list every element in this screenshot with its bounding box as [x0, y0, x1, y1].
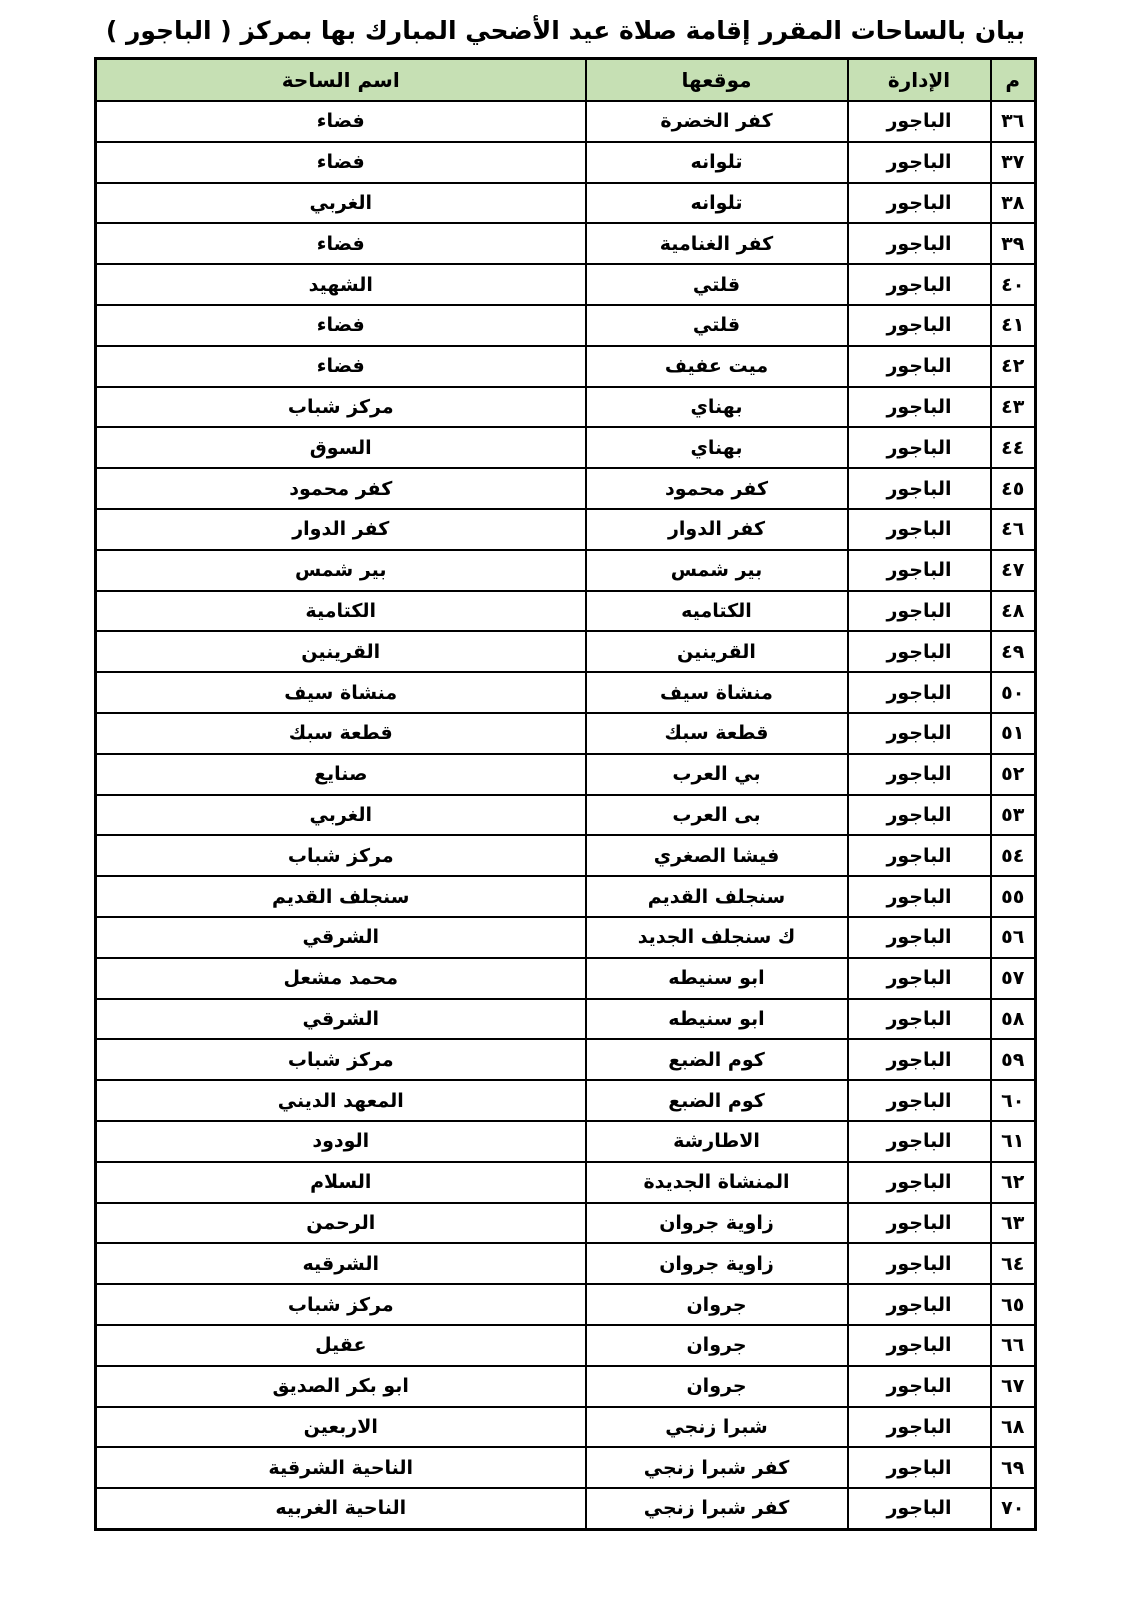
name-cell: الناحية الغربيه: [96, 1488, 586, 1529]
admin-cell: الباجور: [848, 1447, 991, 1488]
name-cell: القرينين: [96, 631, 586, 672]
name-cell: عقيل: [96, 1325, 586, 1366]
serial-cell: ٥٦: [991, 917, 1036, 958]
location-cell: بي العرب: [586, 754, 848, 795]
name-cell: بير شمس: [96, 550, 586, 591]
serial-cell: ٦٨: [991, 1407, 1036, 1448]
table-row: ٣٩الباجوركفر الغناميةفضاء: [96, 223, 1036, 264]
admin-cell: الباجور: [848, 631, 991, 672]
location-cell: ابو سنيطه: [586, 999, 848, 1040]
serial-cell: ٥١: [991, 713, 1036, 754]
location-cell: تلوانه: [586, 183, 848, 224]
serial-cell: ٤٣: [991, 387, 1036, 428]
location-cell: سنجلف القديم: [586, 876, 848, 917]
name-cell: الودود: [96, 1121, 586, 1162]
table-row: ٥٧الباجورابو سنيطهمحمد مشعل: [96, 958, 1036, 999]
table-row: ٤٧الباجوربير شمسبير شمس: [96, 550, 1036, 591]
header-serial: م: [991, 59, 1036, 102]
table-row: ٤٠الباجورقلتيالشهيد: [96, 264, 1036, 305]
header-location: موقعها: [586, 59, 848, 102]
serial-cell: ٤٤: [991, 427, 1036, 468]
table-row: ٥٣الباجوربى العربالغربي: [96, 795, 1036, 836]
location-cell: كفر الخضرة: [586, 101, 848, 142]
admin-cell: الباجور: [848, 305, 991, 346]
name-cell: فضاء: [96, 101, 586, 142]
table-row: ٦٢الباجورالمنشاة الجديدةالسلام: [96, 1162, 1036, 1203]
admin-cell: الباجور: [848, 346, 991, 387]
name-cell: الكتامية: [96, 591, 586, 632]
table-row: ٦٣الباجورزاوية جروانالرحمن: [96, 1203, 1036, 1244]
serial-cell: ٤٦: [991, 509, 1036, 550]
name-cell: كفر الدوار: [96, 509, 586, 550]
admin-cell: الباجور: [848, 591, 991, 632]
serial-cell: ٦٧: [991, 1366, 1036, 1407]
admin-cell: الباجور: [848, 387, 991, 428]
serial-cell: ٥٩: [991, 1039, 1036, 1080]
location-cell: كفر شبرا زنجي: [586, 1447, 848, 1488]
location-cell: بهناي: [586, 427, 848, 468]
table-row: ٤٥الباجوركفر محمودكفر محمود: [96, 468, 1036, 509]
serial-cell: ٣٦: [991, 101, 1036, 142]
location-cell: بير شمس: [586, 550, 848, 591]
admin-cell: الباجور: [848, 427, 991, 468]
admin-cell: الباجور: [848, 1488, 991, 1529]
serial-cell: ٤٩: [991, 631, 1036, 672]
serial-cell: ٧٠: [991, 1488, 1036, 1529]
location-cell: جروان: [586, 1366, 848, 1407]
location-cell: قلتي: [586, 264, 848, 305]
table-row: ٤٩الباجورالقرينينالقرينين: [96, 631, 1036, 672]
name-cell: الاربعين: [96, 1407, 586, 1448]
table-header: م الإدارة موقعها اسم الساحة: [96, 59, 1036, 102]
table-row: ٤٦الباجوركفر الدواركفر الدوار: [96, 509, 1036, 550]
admin-cell: الباجور: [848, 672, 991, 713]
location-cell: جروان: [586, 1284, 848, 1325]
serial-cell: ٤٥: [991, 468, 1036, 509]
location-cell: زاوية جروان: [586, 1243, 848, 1284]
serial-cell: ٦١: [991, 1121, 1036, 1162]
table-row: ٦٦الباجورجروانعقيل: [96, 1325, 1036, 1366]
admin-cell: الباجور: [848, 142, 991, 183]
serial-cell: ٦٥: [991, 1284, 1036, 1325]
table-row: ٥٨الباجورابو سنيطهالشرقي: [96, 999, 1036, 1040]
admin-cell: الباجور: [848, 1121, 991, 1162]
location-cell: فيشا الصغري: [586, 835, 848, 876]
name-cell: السوق: [96, 427, 586, 468]
admin-cell: الباجور: [848, 101, 991, 142]
serial-cell: ٥٧: [991, 958, 1036, 999]
name-cell: الغربي: [96, 795, 586, 836]
location-cell: جروان: [586, 1325, 848, 1366]
name-cell: فضاء: [96, 346, 586, 387]
location-cell: ميت عفيف: [586, 346, 848, 387]
table-row: ٥٥الباجورسنجلف القديمسنجلف القديم: [96, 876, 1036, 917]
name-cell: صنايع: [96, 754, 586, 795]
name-cell: مركز شباب: [96, 1284, 586, 1325]
admin-cell: الباجور: [848, 958, 991, 999]
name-cell: الشهيد: [96, 264, 586, 305]
table-body: ٣٦الباجوركفر الخضرةفضاء٣٧الباجورتلوانهفض…: [96, 101, 1036, 1529]
location-cell: بى العرب: [586, 795, 848, 836]
admin-cell: الباجور: [848, 550, 991, 591]
serial-cell: ٥٣: [991, 795, 1036, 836]
table-row: ٦٥الباجورجروانمركز شباب: [96, 1284, 1036, 1325]
table-row: ٥٤الباجورفيشا الصغريمركز شباب: [96, 835, 1036, 876]
table-row: ٤٤الباجوربهنايالسوق: [96, 427, 1036, 468]
admin-cell: الباجور: [848, 917, 991, 958]
table-row: ٦١الباجورالاطارشةالودود: [96, 1121, 1036, 1162]
admin-cell: الباجور: [848, 1407, 991, 1448]
prayer-squares-table: م الإدارة موقعها اسم الساحة ٣٦الباجوركفر…: [94, 57, 1037, 1531]
location-cell: الاطارشة: [586, 1121, 848, 1162]
serial-cell: ٥٥: [991, 876, 1036, 917]
serial-cell: ٥٨: [991, 999, 1036, 1040]
table-row: ٥٢الباجوربي العربصنايع: [96, 754, 1036, 795]
admin-cell: الباجور: [848, 509, 991, 550]
location-cell: قطعة سبك: [586, 713, 848, 754]
serial-cell: ٦٣: [991, 1203, 1036, 1244]
page-title: بيان بالساحات المقرر إقامة صلاة عيد الأض…: [0, 0, 1131, 45]
admin-cell: الباجور: [848, 223, 991, 264]
location-cell: الكتاميه: [586, 591, 848, 632]
name-cell: ابو بكر الصديق: [96, 1366, 586, 1407]
admin-cell: الباجور: [848, 876, 991, 917]
location-cell: تلوانه: [586, 142, 848, 183]
name-cell: محمد مشعل: [96, 958, 586, 999]
table-row: ٣٦الباجوركفر الخضرةفضاء: [96, 101, 1036, 142]
admin-cell: الباجور: [848, 835, 991, 876]
name-cell: قطعة سبك: [96, 713, 586, 754]
table-row: ٤١الباجورقلتيفضاء: [96, 305, 1036, 346]
admin-cell: الباجور: [848, 183, 991, 224]
table-row: ٥٩الباجوركوم الضبعمركز شباب: [96, 1039, 1036, 1080]
table-row: ٦٠الباجوركوم الضبعالمعهد الديني: [96, 1080, 1036, 1121]
serial-cell: ٦٦: [991, 1325, 1036, 1366]
table-row: ٣٧الباجورتلوانهفضاء: [96, 142, 1036, 183]
location-cell: كفر محمود: [586, 468, 848, 509]
serial-cell: ٤٢: [991, 346, 1036, 387]
table-row: ٣٨الباجورتلوانهالغربي: [96, 183, 1036, 224]
admin-cell: الباجور: [848, 468, 991, 509]
name-cell: فضاء: [96, 305, 586, 346]
serial-cell: ٤١: [991, 305, 1036, 346]
name-cell: مركز شباب: [96, 1039, 586, 1080]
name-cell: الشرقي: [96, 917, 586, 958]
name-cell: الشرقيه: [96, 1243, 586, 1284]
serial-cell: ٣٩: [991, 223, 1036, 264]
admin-cell: الباجور: [848, 1162, 991, 1203]
document-page: بيان بالساحات المقرر إقامة صلاة عيد الأض…: [0, 0, 1131, 1600]
table-row: ٤٨الباجورالكتاميهالكتامية: [96, 591, 1036, 632]
name-cell: الشرقي: [96, 999, 586, 1040]
serial-cell: ٥٠: [991, 672, 1036, 713]
location-cell: منشاة سيف: [586, 672, 848, 713]
serial-cell: ٥٤: [991, 835, 1036, 876]
admin-cell: الباجور: [848, 1325, 991, 1366]
admin-cell: الباجور: [848, 713, 991, 754]
serial-cell: ٦٠: [991, 1080, 1036, 1121]
admin-cell: الباجور: [848, 1080, 991, 1121]
name-cell: المعهد الديني: [96, 1080, 586, 1121]
serial-cell: ٦٤: [991, 1243, 1036, 1284]
location-cell: كفر شبرا زنجي: [586, 1488, 848, 1529]
table-row: ٦٩الباجوركفر شبرا زنجيالناحية الشرقية: [96, 1447, 1036, 1488]
table-row: ٦٨الباجورشبرا زنجيالاربعين: [96, 1407, 1036, 1448]
location-cell: المنشاة الجديدة: [586, 1162, 848, 1203]
serial-cell: ٤٨: [991, 591, 1036, 632]
name-cell: سنجلف القديم: [96, 876, 586, 917]
location-cell: شبرا زنجي: [586, 1407, 848, 1448]
header-row: م الإدارة موقعها اسم الساحة: [96, 59, 1036, 102]
location-cell: كفر الدوار: [586, 509, 848, 550]
name-cell: فضاء: [96, 142, 586, 183]
serial-cell: ٦٢: [991, 1162, 1036, 1203]
table-row: ٥١الباجورقطعة سبكقطعة سبك: [96, 713, 1036, 754]
location-cell: القرينين: [586, 631, 848, 672]
serial-cell: ٥٢: [991, 754, 1036, 795]
serial-cell: ٤٠: [991, 264, 1036, 305]
admin-cell: الباجور: [848, 1284, 991, 1325]
header-admin: الإدارة: [848, 59, 991, 102]
serial-cell: ٣٨: [991, 183, 1036, 224]
table-row: ٦٧الباجورجروانابو بكر الصديق: [96, 1366, 1036, 1407]
location-cell: كوم الضبع: [586, 1080, 848, 1121]
admin-cell: الباجور: [848, 264, 991, 305]
location-cell: زاوية جروان: [586, 1203, 848, 1244]
admin-cell: الباجور: [848, 1039, 991, 1080]
table-row: ٤٣الباجوربهنايمركز شباب: [96, 387, 1036, 428]
location-cell: قلتي: [586, 305, 848, 346]
location-cell: كوم الضبع: [586, 1039, 848, 1080]
table-row: ٥٠الباجورمنشاة سيفمنشاة سيف: [96, 672, 1036, 713]
table-row: ٦٤الباجورزاوية جروانالشرقيه: [96, 1243, 1036, 1284]
admin-cell: الباجور: [848, 1203, 991, 1244]
name-cell: الغربي: [96, 183, 586, 224]
location-cell: ابو سنيطه: [586, 958, 848, 999]
admin-cell: الباجور: [848, 999, 991, 1040]
table-row: ٤٢الباجورميت عفيففضاء: [96, 346, 1036, 387]
name-cell: الناحية الشرقية: [96, 1447, 586, 1488]
admin-cell: الباجور: [848, 1243, 991, 1284]
table-row: ٥٦الباجورك سنجلف الجديدالشرقي: [96, 917, 1036, 958]
serial-cell: ٣٧: [991, 142, 1036, 183]
name-cell: الرحمن: [96, 1203, 586, 1244]
admin-cell: الباجور: [848, 754, 991, 795]
location-cell: بهناي: [586, 387, 848, 428]
name-cell: مركز شباب: [96, 835, 586, 876]
name-cell: فضاء: [96, 223, 586, 264]
admin-cell: الباجور: [848, 795, 991, 836]
admin-cell: الباجور: [848, 1366, 991, 1407]
location-cell: كفر الغنامية: [586, 223, 848, 264]
serial-cell: ٤٧: [991, 550, 1036, 591]
name-cell: مركز شباب: [96, 387, 586, 428]
header-name: اسم الساحة: [96, 59, 586, 102]
location-cell: ك سنجلف الجديد: [586, 917, 848, 958]
table-row: ٧٠الباجوركفر شبرا زنجيالناحية الغربيه: [96, 1488, 1036, 1529]
name-cell: منشاة سيف: [96, 672, 586, 713]
name-cell: كفر محمود: [96, 468, 586, 509]
name-cell: السلام: [96, 1162, 586, 1203]
serial-cell: ٦٩: [991, 1447, 1036, 1488]
